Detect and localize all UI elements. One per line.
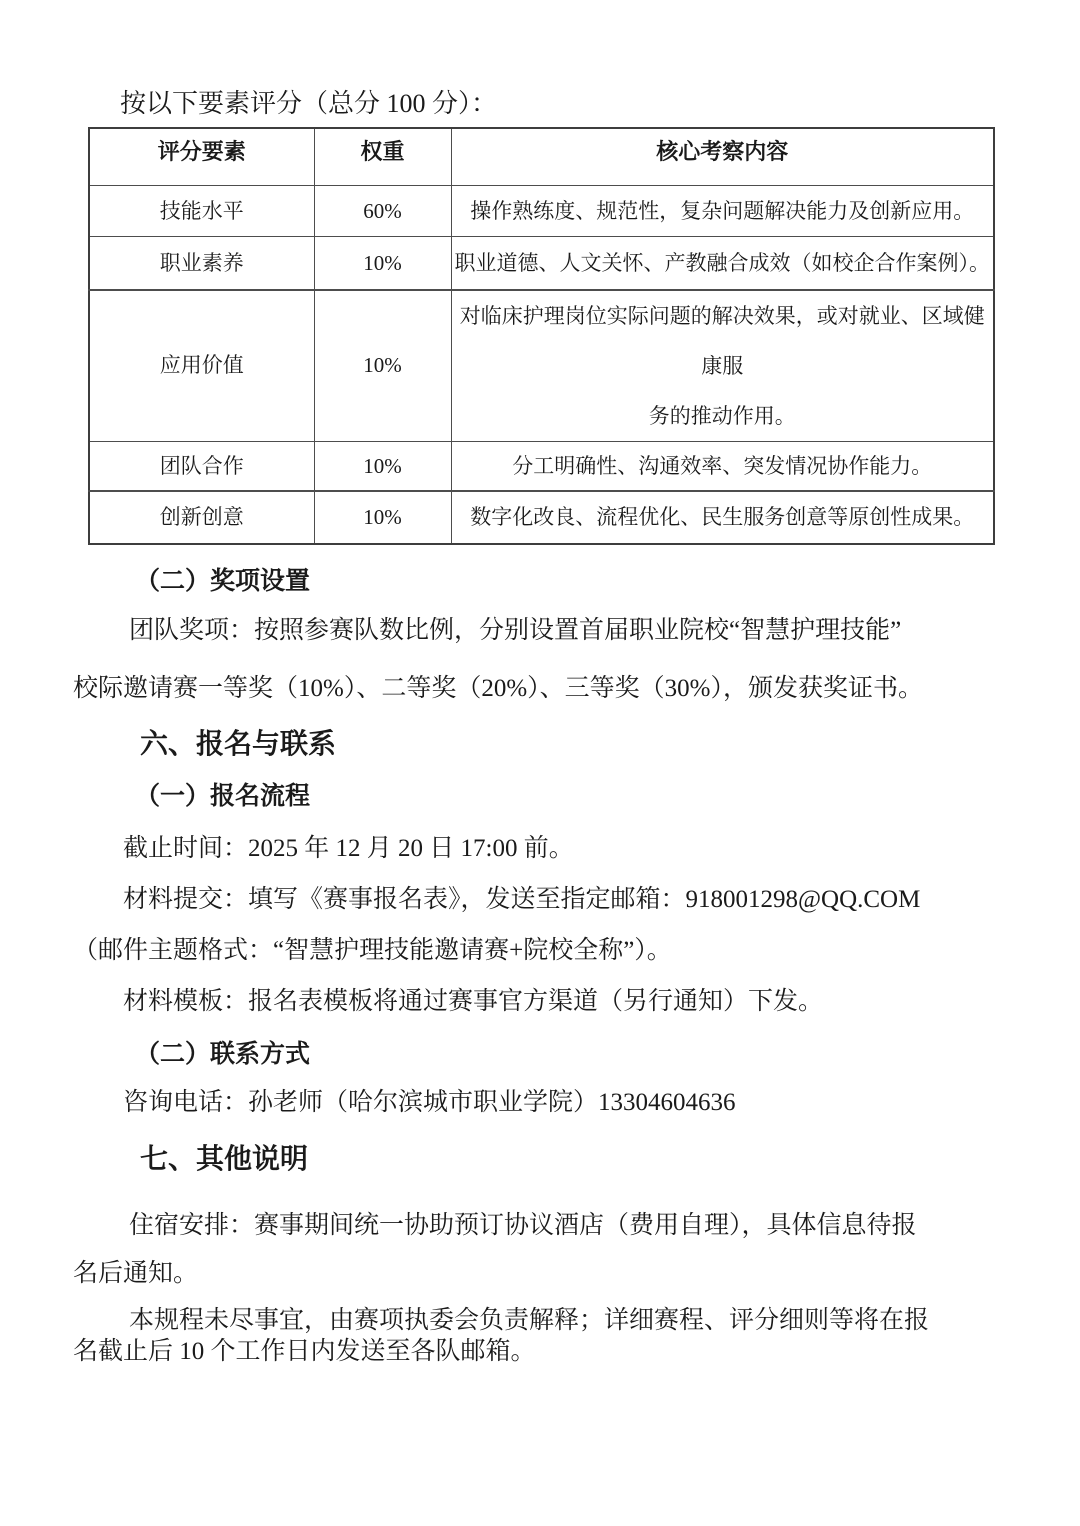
weight-cell: 10% [314, 290, 451, 442]
paragraph-line: 材料模板：报名表模板将通过赛事官方渠道（另行通知）下发。 [73, 976, 995, 1027]
content-cell: 职业道德、人文关怀、产教融合成效（如校企合作案例）。 [451, 237, 994, 290]
col-header-weight: 权重 [314, 128, 451, 186]
content-line: 对临床护理岗位实际问题的解决效果，或对就业、区域健康服 [454, 291, 992, 391]
registration-heading: （一）报名流程 [135, 781, 995, 811]
table-row: 团队合作 10% 分工明确性、沟通效率、突发情况协作能力。 [89, 441, 994, 491]
table-row: 职业素养 10% 职业道德、人文关怀、产教融合成效（如校企合作案例）。 [89, 237, 994, 290]
section7-heading: 七、其他说明 [140, 1142, 995, 1176]
paragraph-line: 材料提交：填写《赛事报名表》，发送至指定邮箱：918001298@QQ.COM [73, 874, 995, 925]
weight-cell: 10% [314, 491, 451, 544]
contact-heading: （二）联系方式 [135, 1039, 995, 1069]
section6-heading: 六、报名与联系 [140, 727, 995, 761]
content-cell: 数字化改良、流程优化、民生服务创意等原创性成果。 [451, 491, 994, 544]
content-cell: 操作熟练度、规范性，复杂问题解决能力及创新应用。 [451, 186, 994, 237]
final-paragraph: 本规程未尽事宜，由赛项执委会负责解释；详细赛程、评分细则等将在报 名截止后 10… [73, 1305, 995, 1367]
content-cell: 分工明确性、沟通效率、突发情况协作能力。 [451, 441, 994, 491]
paragraph-line: 截止时间：2025 年 12 月 20 日 17:00 前。 [73, 823, 995, 874]
table-header-row: 评分要素 权重 核心考察内容 [89, 128, 994, 186]
table-row: 应用价值 10% 对临床护理岗位实际问题的解决效果，或对就业、区域健康服 务的推… [89, 290, 994, 442]
paragraph-line: 校际邀请赛一等奖（10%）、二等奖（20%）、三等奖（30%），颁发获奖证书。 [73, 660, 995, 718]
contact-paragraph: 咨询电话：孙老师（哈尔滨城市职业学院）13304604636 [73, 1077, 995, 1128]
weight-cell: 10% [314, 441, 451, 491]
table-row: 技能水平 60% 操作熟练度、规范性，复杂问题解决能力及创新应用。 [89, 186, 994, 237]
col-header-factor: 评分要素 [89, 128, 314, 186]
content-cell: 对临床护理岗位实际问题的解决效果，或对就业、区域健康服 务的推动作用。 [451, 290, 994, 442]
factor-cell: 技能水平 [89, 186, 314, 237]
weight-cell: 10% [314, 237, 451, 290]
other-notes-paragraph: 住宿安排：赛事期间统一协助预订协议酒店（费用自理），具体信息待报 名后通知。 [73, 1202, 995, 1298]
factor-cell: 职业素养 [89, 237, 314, 290]
registration-paragraph: 截止时间：2025 年 12 月 20 日 17:00 前。 材料提交：填写《赛… [73, 823, 995, 1027]
paragraph-line: （邮件主题格式：“智慧护理技能邀请赛+院校全称”）。 [73, 925, 995, 976]
factor-cell: 团队合作 [89, 441, 314, 491]
paragraph-line: 咨询电话：孙老师（哈尔滨城市职业学院）13304604636 [73, 1077, 995, 1128]
col-header-content: 核心考察内容 [451, 128, 994, 186]
content-line: 务的推动作用。 [454, 391, 992, 441]
document-page: 按以下要素评分（总分 100 分）： 评分要素 权重 核心考察内容 技能水平 6… [0, 0, 1080, 1526]
factor-cell: 应用价值 [89, 290, 314, 442]
paragraph-line: 团队奖项：按照参赛队数比例，分别设置首届职业院校“智慧护理技能” [73, 602, 995, 660]
awards-paragraph: 团队奖项：按照参赛队数比例，分别设置首届职业院校“智慧护理技能” 校际邀请赛一等… [73, 602, 995, 718]
scoring-table: 评分要素 权重 核心考察内容 技能水平 60% 操作熟练度、规范性，复杂问题解决… [88, 127, 995, 545]
intro-line: 按以下要素评分（总分 100 分）： [73, 90, 995, 118]
factor-cell: 创新创意 [89, 491, 314, 544]
paragraph-line: 名后通知。 [73, 1250, 995, 1298]
paragraph-line: 本规程未尽事宜，由赛项执委会负责解释；详细赛程、评分细则等将在报 [73, 1305, 995, 1336]
paragraph-line: 名截止后 10 个工作日内发送至各队邮箱。 [73, 1336, 995, 1367]
weight-cell: 60% [314, 186, 451, 237]
awards-heading: （二）奖项设置 [135, 566, 995, 596]
paragraph-line: 住宿安排：赛事期间统一协助预订协议酒店（费用自理），具体信息待报 [73, 1202, 995, 1250]
table-row: 创新创意 10% 数字化改良、流程优化、民生服务创意等原创性成果。 [89, 491, 994, 544]
